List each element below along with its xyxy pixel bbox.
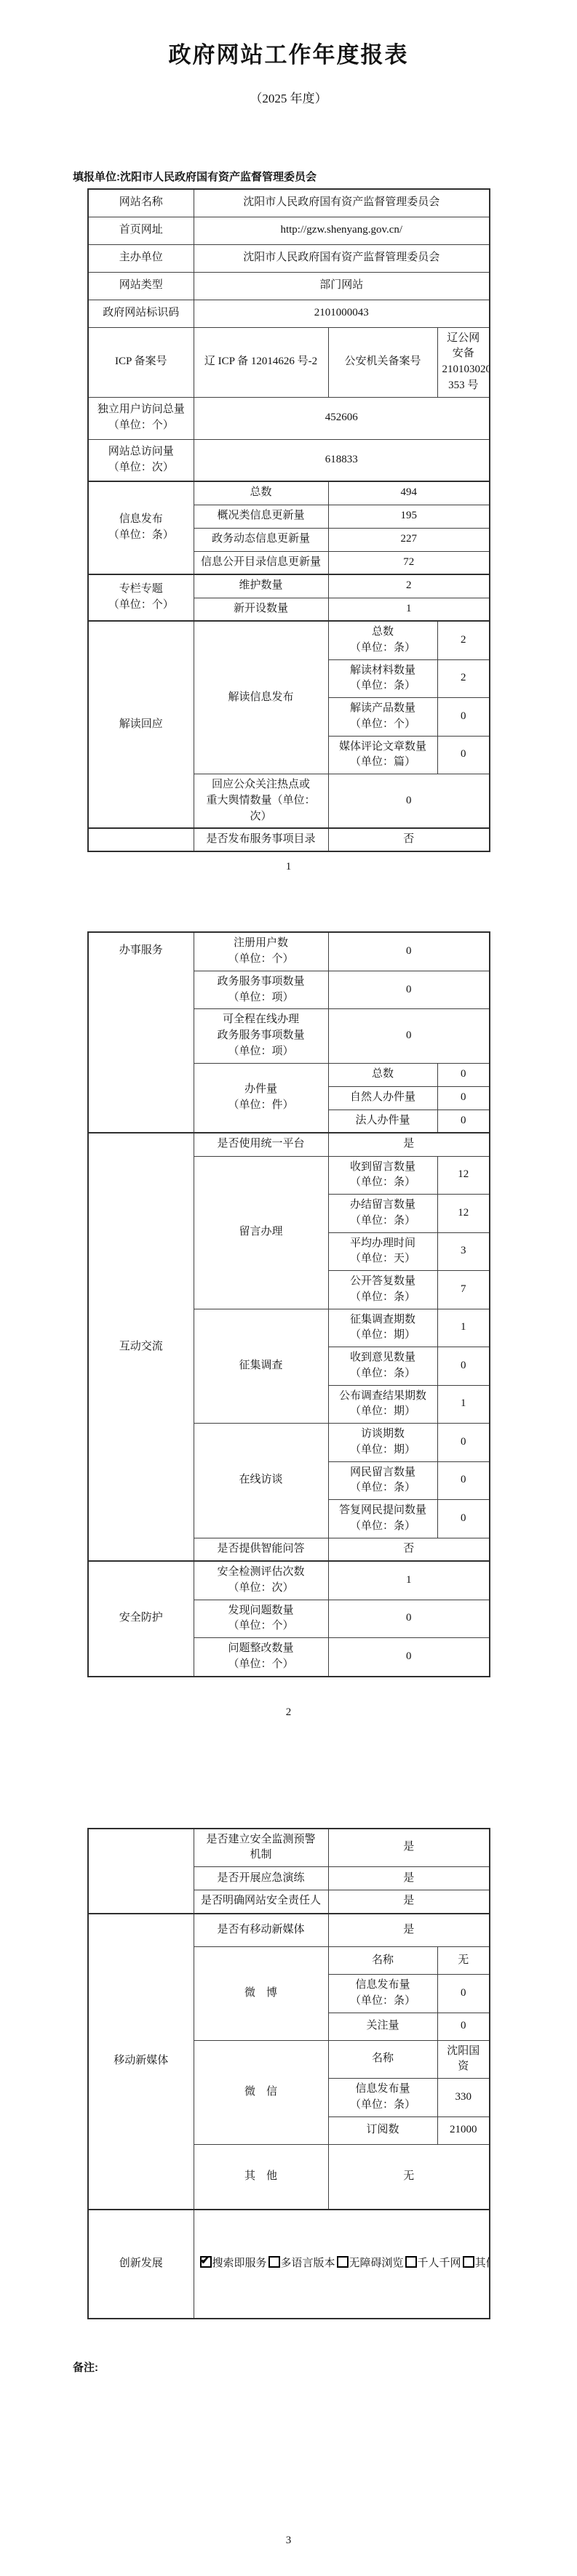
checkbox-accessibility-icon [337,2256,349,2268]
innovation-option: 千人千网 [404,2256,461,2272]
organizer-label: 主办单位 [88,244,194,272]
other-media-label: 其 他 [194,2144,328,2210]
row-label: 是否开展应急演练 [194,1867,328,1890]
group-security: 安全防护 [88,1561,194,1677]
police-record-value: 辽公网安备 21010302000 353 号 [437,327,490,397]
row-label: 信息发布量 （单位：条） [328,1975,437,2013]
group-interaction: 互动交流 [88,1133,194,1561]
checkbox-personalized-icon [405,2256,417,2268]
row-value: 2 [437,659,490,698]
page2-table: 办事服务 注册用户数 （单位：个） 0 政务服务事项数量 （单位：项） 0 可全… [87,931,490,1677]
row-label: 概况类信息更新量 [194,505,328,528]
row-value: 3 [437,1232,490,1271]
row-value: 2 [437,621,490,659]
site-code-label: 政府网站标识码 [88,300,194,327]
icp-label: ICP 备案号 [88,327,194,397]
page-number-3: 3 [0,2535,577,2576]
page3-table: 是否建立安全监测预警 机制 是 是否开展应急演练 是 是否明确网站安全责任人 是… [87,1828,490,2320]
innovation-options-cell: 搜索即服务多语言版本无障碍浏览千人千网其他 [194,2210,490,2319]
row-value: 227 [328,528,490,551]
row-label: 总数 [194,481,328,505]
row-value: 0 [437,1500,490,1538]
checkbox-label: 搜索即服务 [212,2258,267,2269]
subgroup-wechat: 微 信 [194,2040,328,2144]
row-label: 征集调查期数 （单位：期） [328,1309,437,1347]
has-new-media-label: 是否有移动新媒体 [194,1914,328,1947]
subgroup-case-volume: 办件量 （单位：件） [194,1063,328,1133]
row-label: 维护数量 [194,574,328,598]
home-url-label: 首页网址 [88,217,194,244]
organizer-value: 沈阳市人民政府国有资产监督管理委员会 [194,244,490,272]
row-label: 信息发布量 （单位：条） [328,2079,437,2117]
row-value: 12 [437,1156,490,1195]
row-value: 0 [437,1086,490,1110]
icp-value: 辽 ICP 备 12014626 号-2 [194,327,328,397]
row-value: 494 [328,481,490,505]
unified-platform-value: 是 [328,1133,490,1156]
checkbox-label: 无障碍浏览 [349,2258,404,2269]
group-info-publication: 信息发布 （单位：条） [88,481,194,574]
reporting-unit: 填报单位:沈阳市人民政府国有资产监督管理委员会 [73,169,577,184]
row-value: 0 [437,2013,490,2040]
row-value: 0 [437,1347,490,1386]
row-label: 平均办理时间 （单位：天） [328,1232,437,1271]
checkbox-label: 千人千网 [418,2258,461,2269]
checkbox-label: 其他 [475,2258,490,2269]
row-label: 政务动态信息更新量 [194,528,328,551]
subgroup-weibo: 微 博 [194,1947,328,2041]
row-label: 名称 [328,2040,437,2079]
empty-group-cell [88,828,194,851]
checkbox-other-icon [463,2256,474,2268]
row-value: 195 [328,505,490,528]
site-name-label: 网站名称 [88,189,194,217]
row-value: 0 [437,736,490,774]
other-media-value: 无 [328,2144,490,2210]
checkbox-multilingual-icon [268,2256,280,2268]
row-value: 沈阳国资 [437,2040,490,2079]
site-type-label: 网站类型 [88,272,194,300]
row-value: 无 [437,1947,490,1975]
row-label: 访谈期数 （单位：期） [328,1424,437,1462]
police-record-label: 公安机关备案号 [328,327,437,397]
row-label: 解读材料数量 （单位：条） [328,659,437,698]
row-label: 注册用户数 （单位：个） [194,932,328,971]
row-value: 0 [328,1638,490,1677]
row-value: 12 [437,1195,490,1233]
row-value: 72 [328,551,490,574]
site-type-value: 部门网站 [194,272,490,300]
row-value: 1 [437,1385,490,1424]
unique-visitors-value: 452606 [194,397,490,439]
checkbox-label: 多语言版本 [281,2258,335,2269]
group-services: 办事服务 [88,932,194,1133]
row-label: 网民留言数量 （单位：条） [328,1461,437,1500]
row-label: 名称 [328,1947,437,1975]
group-mobile-new-media: 移动新媒体 [88,1914,194,2210]
subgroup-message-handling: 留言办理 [194,1156,328,1309]
row-label: 问题整改数量 （单位：个） [194,1638,328,1677]
smart-qa-value: 否 [328,1538,490,1561]
empty-group-cell [88,1829,194,1914]
row-value: 330 [437,2079,490,2117]
row-value: 0 [328,1009,490,1063]
row-label: 安全检测评估次数 （单位：次） [194,1561,328,1600]
subgroup-interpretation-publication: 解读信息发布 [194,621,328,774]
row-value: 0 [328,932,490,971]
respond-hotspot-value: 0 [328,774,490,829]
innovation-option: 无障碍浏览 [335,2256,404,2272]
row-label: 总数 [328,1063,437,1086]
row-label: 收到意见数量 （单位：条） [328,1347,437,1386]
innovation-option: 搜索即服务 [199,2256,267,2272]
row-label: 是否建立安全监测预警 机制 [194,1829,328,1867]
group-special-columns: 专栏专题 （单位：个） [88,574,194,621]
row-value: 是 [328,1867,490,1890]
row-label: 媒体评论文章数量 （单位：篇） [328,736,437,774]
row-value: 0 [437,1975,490,2013]
checkbox-search-service-icon [200,2256,212,2268]
row-value: 0 [437,1424,490,1462]
row-value: 0 [437,1063,490,1086]
service-directory-label: 是否发布服务事项目录 [194,828,328,851]
page1-table: 网站名称 沈阳市人民政府国有资产监督管理委员会 首页网址 http://gzw.… [87,188,490,852]
row-label: 发现问题数量 （单位：个） [194,1600,328,1638]
row-label: 解读产品数量 （单位：个） [328,698,437,737]
row-label: 信息公开目录信息更新量 [194,551,328,574]
row-label: 可全程在线办理 政务服务事项数量 （单位：项） [194,1009,328,1063]
row-value: 7 [437,1271,490,1309]
row-label: 新开设数量 [194,598,328,621]
group-interpretation-response: 解读回应 [88,621,194,828]
report-title: 政府网站工作年度报表 [0,0,577,69]
row-value: 1 [328,1561,490,1600]
report-subtitle: （2025 年度） [0,88,577,106]
row-value: 0 [437,1110,490,1133]
row-value: 0 [437,698,490,737]
unified-platform-label: 是否使用统一平台 [194,1133,328,1156]
row-label: 答复网民提问数量 （单位：条） [328,1500,437,1538]
row-label: 收到留言数量 （单位：条） [328,1156,437,1195]
subgroup-online-interviews: 在线访谈 [194,1424,328,1538]
row-value: 1 [328,598,490,621]
unique-visitors-label: 独立用户访问总量 （单位：个） [88,397,194,439]
group-innovation: 创新发展 [88,2210,194,2319]
row-value: 21000 [437,2116,490,2144]
row-label: 政务服务事项数量 （单位：项） [194,971,328,1009]
site-code-value: 2101000043 [194,300,490,327]
row-value: 0 [437,1461,490,1500]
row-label: 是否明确网站安全责任人 [194,1890,328,1914]
page-number-1: 1 [0,861,577,873]
respond-hotspot-label: 回应公众关注热点或 重大舆情数量（单位： 次） [194,774,328,829]
has-new-media-value: 是 [328,1914,490,1947]
row-label: 办结留言数量 （单位：条） [328,1195,437,1233]
row-label: 订阅数 [328,2116,437,2144]
page-number-2: 2 [0,1706,577,1719]
notes-label: 备注: [73,2359,577,2375]
row-value: 1 [437,1309,490,1347]
total-visits-value: 618833 [194,439,490,481]
row-label: 公开答复数量 （单位：条） [328,1271,437,1309]
row-label: 总数 （单位：条） [328,621,437,659]
site-name-value: 沈阳市人民政府国有资产监督管理委员会 [194,189,490,217]
subgroup-surveys: 征集调查 [194,1309,328,1424]
innovation-option: 其他 [461,2256,490,2272]
annual-report-document: { "header": { "title": "政府网站工作年度报表", "su… [0,0,577,2576]
row-value: 是 [328,1829,490,1867]
row-value: 2 [328,574,490,598]
row-value: 0 [328,1600,490,1638]
row-value: 0 [328,971,490,1009]
row-label: 公布调查结果期数 （单位：期） [328,1385,437,1424]
innovation-option: 多语言版本 [267,2256,335,2272]
total-visits-label: 网站总访问量 （单位：次） [88,439,194,481]
row-label: 自然人办件量 [328,1086,437,1110]
home-url-value: http://gzw.shenyang.gov.cn/ [194,217,490,244]
row-value: 是 [328,1890,490,1914]
service-directory-value: 否 [328,828,490,851]
smart-qa-label: 是否提供智能问答 [194,1538,328,1561]
row-label: 法人办件量 [328,1110,437,1133]
row-label: 关注量 [328,2013,437,2040]
